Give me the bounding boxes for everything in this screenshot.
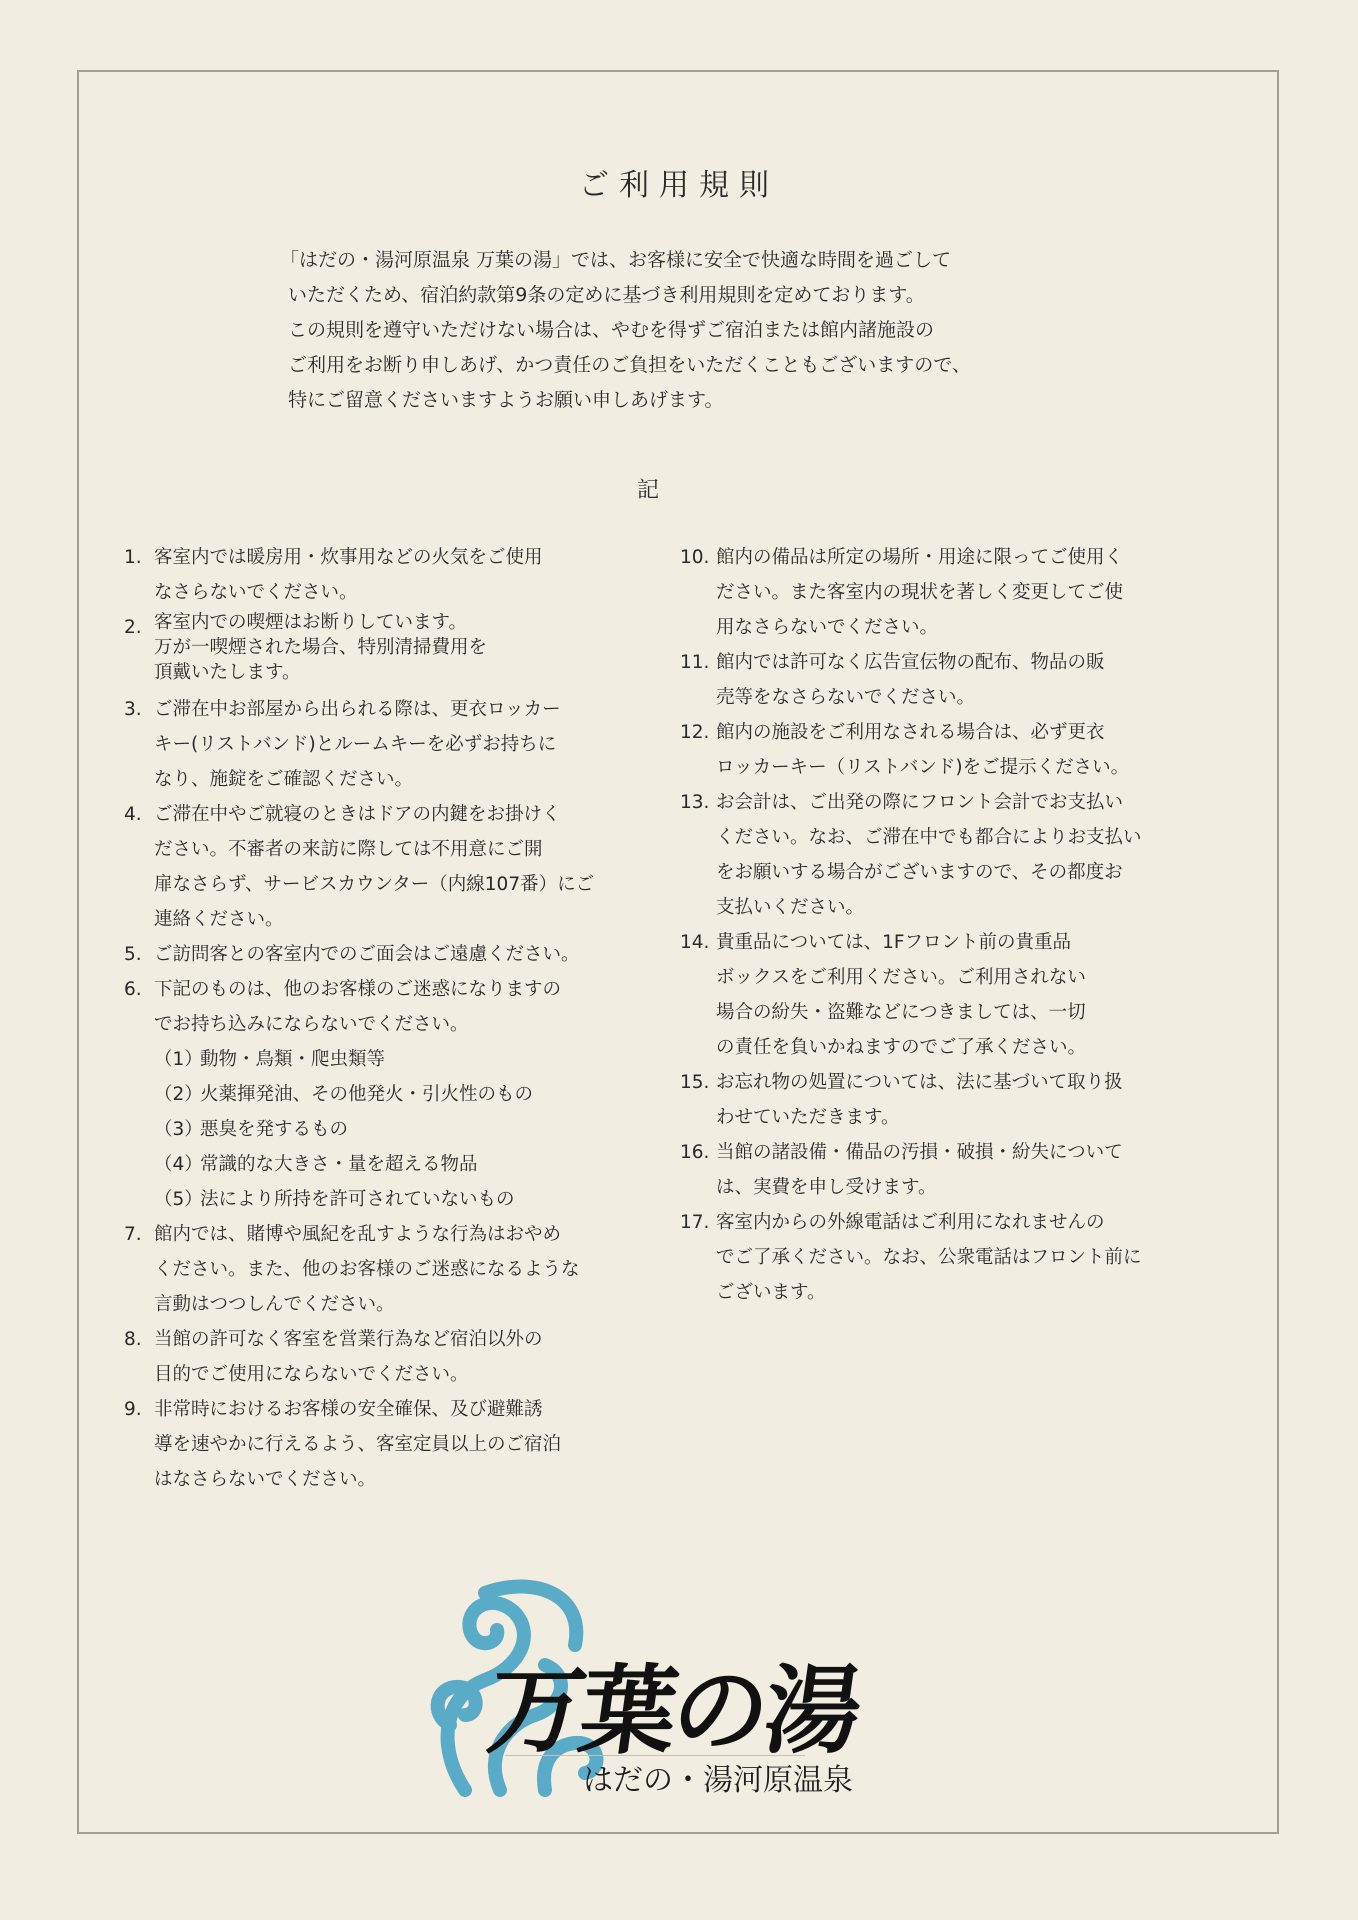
sub-item-number: （5）	[154, 1182, 200, 1217]
rule-line: でお持ち込みにならないでください。	[154, 1007, 644, 1042]
rule-line: 支払いください。	[716, 890, 1200, 925]
sub-item-text: 法により所持を許可されていないもの	[200, 1189, 515, 1210]
rule-number: 14.	[680, 925, 709, 960]
rule-number: 13.	[680, 785, 709, 820]
rule-line: ご滞在中お部屋から出られる際は、更衣ロッカー	[154, 692, 644, 727]
rule-line: 当館の許可なく客室を営業行為など宿泊以外の	[154, 1322, 644, 1357]
rule-item-16: 16. 当館の諸設備・備品の汚損・破損・紛失について は、実費を申し受けます。	[680, 1135, 1200, 1205]
intro-line: ご利用をお断り申しあげ、かつ責任のご負担をいただくこともございますので、	[280, 348, 1100, 383]
rule-line: 非常時におけるお客様の安全確保、及び避難誘	[154, 1392, 644, 1427]
intro-line: 「はだの・湯河原温泉 万葉の湯」では、お客様に安全で快適な時間を過ごして	[280, 243, 1100, 278]
sub-item-text: 火薬揮発油、その他発火・引火性のもの	[200, 1084, 533, 1105]
rule-item-10: 10. 館内の備品は所定の場所・用途に限ってご使用く ださい。また客室内の現状を…	[680, 540, 1200, 645]
rule-line: はなさらないでください。	[154, 1462, 644, 1497]
sub-item-number: （1）	[154, 1042, 200, 1077]
page-title: ご利用規則	[0, 160, 1358, 204]
sub-item-2: （2）火薬揮発油、その他発火・引火性のもの	[154, 1077, 644, 1112]
logo-wordmark: 万葉の湯	[480, 1635, 867, 1772]
rule-line: でご了承ください。なお、公衆電話はフロント前に	[716, 1240, 1200, 1275]
rule-line: は、実費を申し受けます。	[716, 1170, 1200, 1205]
ki-heading: 記	[0, 473, 1296, 504]
intro-paragraph: 「はだの・湯河原温泉 万葉の湯」では、お客様に安全で快適な時間を過ごして いただ…	[280, 243, 1100, 418]
rule-number: 11.	[680, 645, 709, 680]
rule-item-4: 4. ご滞在中やご就寝のときはドアの内鍵をお掛けく ださい。不審者の来訪に際して…	[124, 797, 644, 937]
rule-number: 1.	[124, 540, 142, 575]
rule-line: ご訪問客との客室内でのご面会はご遠慮ください。	[154, 937, 644, 972]
rule-line: 万が一喫煙された場合、特別清掃費用を	[154, 635, 644, 660]
rule-line: 客室内での喫煙はお断りしています。	[154, 610, 644, 635]
rule-number: 2.	[124, 610, 142, 645]
rule-item-15: 15. お忘れ物の処置については、法に基づいて取り扱 わせていただきます。	[680, 1065, 1200, 1135]
rule-line: ご滞在中やご就寝のときはドアの内鍵をお掛けく	[154, 797, 644, 832]
rule-line: 扉なさらず、サービスカウンター（内線107番）にご	[154, 867, 644, 902]
sub-item-text: 常識的な大きさ・量を超える物品	[200, 1154, 478, 1175]
rule-line: 頂戴いたします。	[154, 660, 644, 692]
intro-line: いただくため、宿泊約款第9条の定めに基づき利用規則を定めております。	[280, 278, 1100, 313]
rule-line: 客室内では暖房用・炊事用などの火気をご使用	[154, 540, 644, 575]
sub-item-text: 悪臭を発するもの	[200, 1119, 348, 1140]
rule-item-7: 7. 館内では、賭博や風紀を乱すような行為はおやめ ください。また、他のお客様の…	[124, 1217, 644, 1322]
rule-line: 館内では、賭博や風紀を乱すような行為はおやめ	[154, 1217, 644, 1252]
rule-line: 貴重品については、1Fフロント前の貴重品	[716, 925, 1200, 960]
rule-number: 8.	[124, 1322, 142, 1357]
rule-item-6: 6. 下記のものは、他のお客様のご迷惑になりますの でお持ち込みにならないでくだ…	[124, 972, 644, 1217]
rule-line: 言動はつつしんでください。	[154, 1287, 644, 1322]
rule-number: 9.	[124, 1392, 142, 1427]
rule-line: 客室内からの外線電話はご利用になれませんの	[716, 1205, 1200, 1240]
rule-line: ください。なお、ご滞在中でも都合によりお支払い	[716, 820, 1200, 855]
rules-left-column: 1. 客室内では暖房用・炊事用などの火気をご使用 なさらないでください。 2. …	[124, 540, 644, 1497]
rule-item-5: 5. ご訪問客との客室内でのご面会はご遠慮ください。	[124, 937, 644, 972]
sub-item-4: （4）常識的な大きさ・量を超える物品	[154, 1147, 644, 1182]
rule-number: 5.	[124, 937, 142, 972]
rule-line: 連絡ください。	[154, 902, 644, 937]
sub-item-number: （4）	[154, 1147, 200, 1182]
rule-line: をお願いする場合がございますので、その都度お	[716, 855, 1200, 890]
rule-line: の責任を負いかねますのでご了承ください。	[716, 1030, 1200, 1065]
rule-line: ございます。	[716, 1275, 1200, 1310]
rule-number: 15.	[680, 1065, 709, 1100]
rule-line: 用なさらないでください。	[716, 610, 1200, 645]
rule-line: 館内では許可なく広告宣伝物の配布、物品の販	[716, 645, 1200, 680]
rule-line: お忘れ物の処置については、法に基づいて取り扱	[716, 1065, 1200, 1100]
manyo-no-yu-logo: 万葉の湯 はだの・湯河原温泉	[425, 1575, 945, 1805]
rule-item-1: 1. 客室内では暖房用・炊事用などの火気をご使用 なさらないでください。	[124, 540, 644, 610]
rule-item-14: 14. 貴重品については、1Fフロント前の貴重品 ボックスをご利用ください。ご利…	[680, 925, 1200, 1065]
sub-item-1: （1）動物・鳥類・爬虫類等	[154, 1042, 644, 1077]
rule-item-9: 9. 非常時におけるお客様の安全確保、及び避難誘 導を速やかに行えるよう、客室定…	[124, 1392, 644, 1497]
rule-line: なり、施錠をご確認ください。	[154, 762, 644, 797]
rule-number: 17.	[680, 1205, 709, 1240]
sub-item-5: （5）法により所持を許可されていないもの	[154, 1182, 644, 1217]
rules-right-column: 10. 館内の備品は所定の場所・用途に限ってご使用く ださい。また客室内の現状を…	[680, 540, 1200, 1310]
rule-number: 3.	[124, 692, 142, 727]
rule-item-17: 17. 客室内からの外線電話はご利用になれませんの でご了承ください。なお、公衆…	[680, 1205, 1200, 1310]
rule-line: ボックスをご利用ください。ご利用されない	[716, 960, 1200, 995]
rule-line: なさらないでください。	[154, 575, 644, 610]
rule-number: 12.	[680, 715, 709, 750]
rule-line: ロッカーキー（リストバンド)をご提示ください。	[716, 750, 1200, 785]
rule-line: 館内の施設をご利用なされる場合は、必ず更衣	[716, 715, 1200, 750]
rule-number: 7.	[124, 1217, 142, 1252]
rule-line: 当館の諸設備・備品の汚損・破損・紛失について	[716, 1135, 1200, 1170]
rule-item-11: 11. 館内では許可なく広告宣伝物の配布、物品の販 売等をなさらないでください。	[680, 645, 1200, 715]
sub-item-3: （3）悪臭を発するもの	[154, 1112, 644, 1147]
logo-subtitle: はだの・湯河原温泉	[583, 1755, 853, 1799]
rule-item-12: 12. 館内の施設をご利用なされる場合は、必ず更衣 ロッカーキー（リストバンド)…	[680, 715, 1200, 785]
intro-line: 特にご留意くださいますようお願い申しあげます。	[280, 383, 1100, 418]
rule-line: 館内の備品は所定の場所・用途に限ってご使用く	[716, 540, 1200, 575]
rule-line: 導を速やかに行えるよう、客室定員以上のご宿泊	[154, 1427, 644, 1462]
intro-line: この規則を遵守いただけない場合は、やむを得ずご宿泊または館内諸施設の	[280, 313, 1100, 348]
rule-item-13: 13. お会計は、ご出発の際にフロント会計でお支払い ください。なお、ご滞在中で…	[680, 785, 1200, 925]
rule-number: 4.	[124, 797, 142, 832]
rule-line: お会計は、ご出発の際にフロント会計でお支払い	[716, 785, 1200, 820]
rule-item-8: 8. 当館の許可なく客室を営業行為など宿泊以外の 目的でご使用にならないでくださ…	[124, 1322, 644, 1392]
sub-item-text: 動物・鳥類・爬虫類等	[200, 1049, 385, 1070]
rule-item-3: 3. ご滞在中お部屋から出られる際は、更衣ロッカー キー(リストバンド)とルーム…	[124, 692, 644, 797]
rule-number: 16.	[680, 1135, 709, 1170]
sub-item-number: （3）	[154, 1112, 200, 1147]
rule-number: 6.	[124, 972, 142, 1007]
rule-line: 目的でご使用にならないでください。	[154, 1357, 644, 1392]
rule-line: ださい。また客室内の現状を著しく変更してご使	[716, 575, 1200, 610]
rule-line: 場合の紛失・盗難などにつきましては、一切	[716, 995, 1200, 1030]
rule-number: 10.	[680, 540, 709, 575]
rule-line: 売等をなさらないでください。	[716, 680, 1200, 715]
rule-line: 下記のものは、他のお客様のご迷惑になりますの	[154, 972, 644, 1007]
rule-line: ください。また、他のお客様のご迷惑になるような	[154, 1252, 644, 1287]
rule-line: わせていただきます。	[716, 1100, 1200, 1135]
rule-line: ださい。不審者の来訪に際しては不用意にご開	[154, 832, 644, 867]
rule-line: キー(リストバンド)とルームキーを必ずお持ちに	[154, 727, 644, 762]
rule-item-2: 2. 客室内での喫煙はお断りしています。 万が一喫煙された場合、特別清掃費用を …	[124, 610, 644, 692]
sub-item-number: （2）	[154, 1077, 200, 1112]
